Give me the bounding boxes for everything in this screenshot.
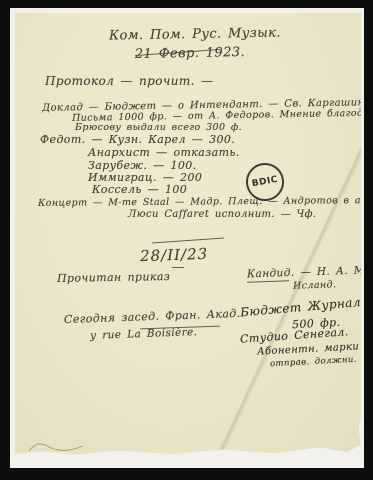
handwritten-line: Федот. — Кузн. Карел — 300. — [40, 133, 235, 146]
left-note: Прочитан приказ — [57, 270, 170, 285]
handwritten-line: Коссель — 100 — [92, 183, 187, 196]
handwritten-line: Концерт — M-me Staal — Мадр. Плещ. — Анд… — [38, 194, 373, 209]
document-date: 21 Февр. 1923. — [125, 45, 255, 62]
handwritten-line: Люси Caffaret исполнит. — Чф. — [128, 209, 317, 220]
handwritten-line: Анархист — отказать. — [88, 146, 240, 159]
candidate-line: Кандид. — Н. А. Мурр — [247, 264, 373, 281]
budget-note-line: отправ. должни. — [270, 355, 357, 370]
ink-underline — [247, 280, 289, 282]
document-title: Ком. Пом. Рус. Музык. — [100, 25, 290, 43]
bottom-left-note: Сегодня засед. Фран. Акад. — [64, 307, 241, 326]
bdic-stamp-label: BDIC — [251, 175, 279, 189]
paper-sheet: Ком. Пом. Рус. Музык. 21 Февр. 1923. Про… — [15, 13, 361, 459]
bottom-left-note-2: у rue La Boisière. — [90, 326, 198, 342]
handwritten-line: Брюсову выдали всего 300 ф. — [75, 122, 242, 133]
budget-note-line: Бюджет Журнал. — [240, 295, 366, 320]
ink-underline — [172, 267, 184, 268]
scanned-document-page: { "window": { "width": 373, "height": 48… — [0, 0, 373, 480]
separator-stroke — [152, 237, 224, 243]
second-meeting-date: 28/II/23 — [140, 245, 209, 265]
candidate-sub-note: Исланд. — [293, 279, 337, 292]
handwritten-line: Протокол — прочит. — — [45, 74, 213, 88]
